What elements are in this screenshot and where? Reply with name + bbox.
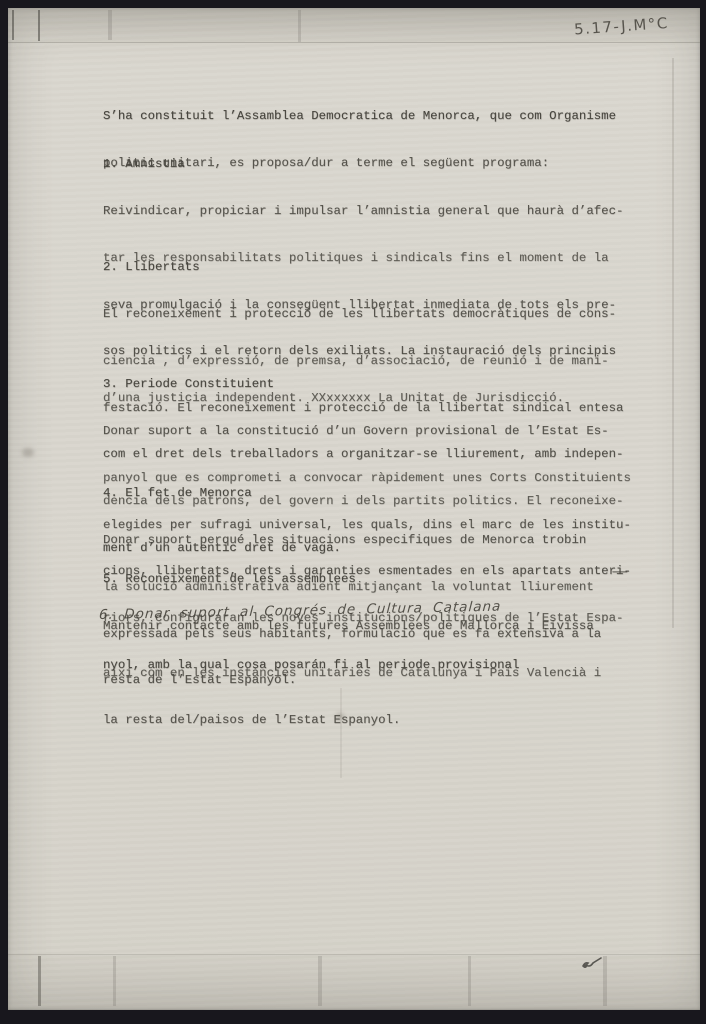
section-title: 5. Reconeixement de les assemblees <box>103 572 663 588</box>
ink-mark <box>580 956 602 970</box>
paper-crease <box>672 58 674 628</box>
section-title: 1. Amnistia <box>103 157 663 173</box>
doc-line: Donar suport a la constitució d’un Gover… <box>103 424 663 440</box>
doc-line: Reivindicar, propiciar i impulsar l’amni… <box>103 204 663 220</box>
fold-tick <box>12 10 14 40</box>
fold-tick <box>38 10 40 41</box>
section-title: 3. Periode Constituient <box>103 377 663 393</box>
doc-line: S’ha constituit l’Assamblea Democratica … <box>103 109 663 125</box>
fold-tick <box>113 956 116 1006</box>
fold-tick <box>298 10 301 42</box>
section-title: 2. Llibertats <box>103 260 663 276</box>
doc-line: Mantenir contacte amb les futures Assemb… <box>103 619 663 635</box>
doc-line: la resta del/paisos de l’Estat Espanyol. <box>103 713 663 729</box>
smudge-mark <box>22 448 34 457</box>
fold-tick <box>468 956 471 1006</box>
fold-tick <box>318 956 322 1006</box>
section-reconeixement-assemblees: 5. Reconeixement de les assemblees Mante… <box>103 541 663 759</box>
document-scan: 5.17-J.M°C S’ha constituit l’Assamblea D… <box>0 0 706 1024</box>
fold-tick <box>108 10 112 40</box>
doc-line: El reconeixement i protecció de les llib… <box>103 307 663 323</box>
paper-sheet: 5.17-J.M°C S’ha constituit l’Assamblea D… <box>8 8 700 1010</box>
doc-line: així com en les instàncies unitaries de … <box>103 666 663 682</box>
fold-tick <box>603 956 607 1006</box>
fold-tick <box>38 956 41 1006</box>
section-title: 4. El fet de Menorca <box>103 486 663 502</box>
